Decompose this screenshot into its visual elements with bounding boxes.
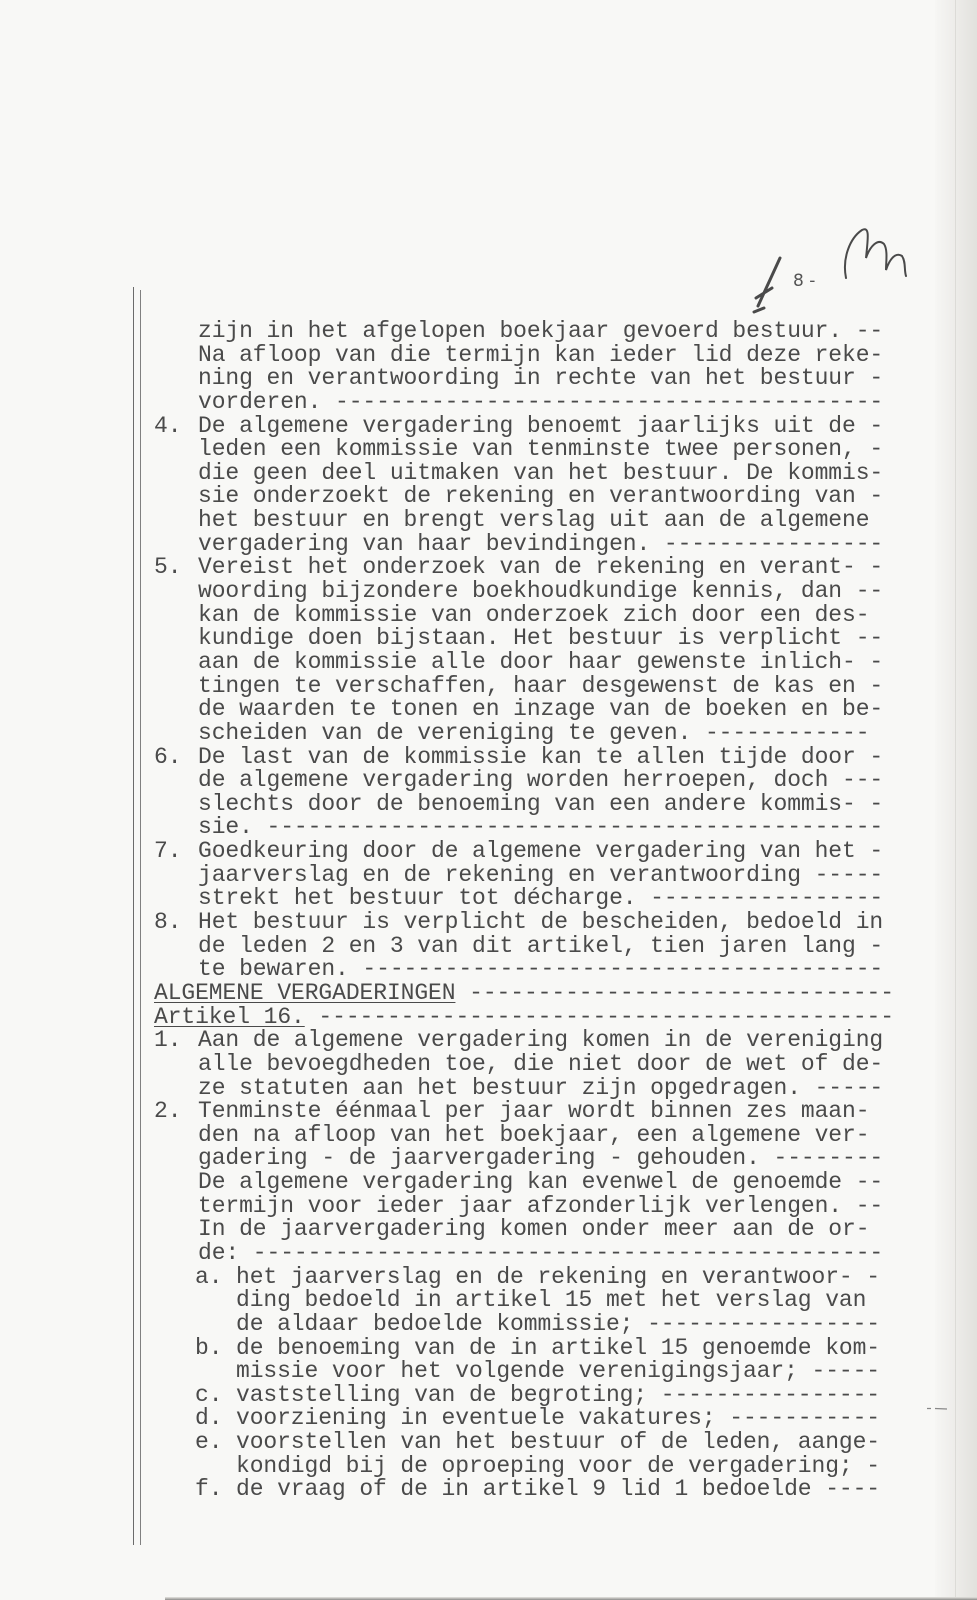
line-text: vergadering van haar bevindingen. ------… (198, 533, 883, 557)
item-number: 5. (154, 556, 181, 580)
line-text: ze statuten aan het bestuur zijn opgedra… (198, 1077, 883, 1101)
text-line: ze statuten aan het bestuur zijn opgedra… (0, 1077, 977, 1101)
line-text: gadering - de jaarvergadering - gehouden… (198, 1147, 883, 1171)
text-line: den na afloop van het boekjaar, een alge… (0, 1124, 977, 1148)
line-text: den na afloop van het boekjaar, een alge… (198, 1124, 869, 1148)
line-text: Goedkeuring door de algemene vergadering… (198, 840, 883, 864)
dash-fill: ----------------------------------------… (305, 1004, 894, 1030)
item-number: b. (195, 1337, 222, 1361)
item-number: 8. (154, 911, 181, 935)
line-text: vaststelling van de begroting; ---------… (236, 1384, 880, 1408)
agenda-item-line: b.de benoeming van de in artikel 15 geno… (0, 1337, 977, 1361)
line-text: sie onderzoekt de rekening en verantwoor… (198, 485, 883, 509)
line-text: voorziening in eventuele vakatures; ----… (236, 1407, 880, 1431)
item-number: f. (195, 1478, 222, 1502)
text-line: 1.Aan de algemene vergadering komen in d… (0, 1029, 977, 1053)
text-line: 5.Vereist het onderzoek van de rekening … (0, 556, 977, 580)
line-text: De last van de kommissie kan te allen ti… (198, 746, 883, 770)
line-text: leden een kommissie van tenminste twee p… (198, 438, 883, 462)
text-line: sie onderzoekt de rekening en verantwoor… (0, 485, 977, 509)
text-line: vergadering van haar bevindingen. ------… (0, 533, 977, 557)
article-heading-title: Artikel 16. (154, 1004, 305, 1030)
line-text: voorstellen van het bestuur of de leden,… (236, 1431, 880, 1455)
line-text: het bestuur en brengt verslag uit aan de… (198, 509, 869, 533)
section-heading: ALGEMENE VERGADERINGEN -----------------… (0, 982, 977, 1006)
line-text: scheiden van de vereniging te geven. ---… (198, 722, 869, 746)
text-line: het bestuur en brengt verslag uit aan de… (0, 509, 977, 533)
text-line: de: ------------------------------------… (0, 1242, 977, 1266)
item-number: 6. (154, 746, 181, 770)
text-line: De algemene vergadering kan evenwel de g… (0, 1171, 977, 1195)
agenda-item-line: kondigd bij de oproeping voor de vergade… (0, 1455, 977, 1479)
dash-fill: ------------------------------- (455, 980, 893, 1006)
line-text: de algemene vergadering worden herroepen… (198, 769, 883, 793)
line-text: ding bedoeld in artikel 15 met het versl… (236, 1289, 866, 1313)
line-text: termijn voor ieder jaar afzonderlijk ver… (198, 1195, 883, 1219)
text-line: vorderen. ------------------------------… (0, 391, 977, 415)
line-text: slechts door de benoeming van een andere… (198, 793, 883, 817)
item-number: d. (195, 1407, 222, 1431)
line-text: te bewaren. ----------------------------… (198, 958, 883, 982)
line-text: Tenminste éénmaal per jaar wordt binnen … (198, 1100, 869, 1124)
agenda-item-line: c.vaststelling van de begroting; -------… (0, 1384, 977, 1408)
text-line: scheiden van de vereniging te geven. ---… (0, 722, 977, 746)
agenda-item-line: e.voorstellen van het bestuur of de lede… (0, 1431, 977, 1455)
line-text: Vereist het onderzoek van de rekening en… (198, 556, 883, 580)
agenda-item-line: missie voor het volgende verenigingsjaar… (0, 1360, 977, 1384)
agenda-item-line: a.het jaarverslag en de rekening en vera… (0, 1266, 977, 1290)
line-text: De algemene vergadering kan evenwel de g… (198, 1171, 883, 1195)
text-line: alle bevoegdheden toe, die niet door de … (0, 1053, 977, 1077)
line-text: ning en verantwoording in rechte van het… (198, 367, 883, 391)
line-text: de leden 2 en 3 van dit artikel, tien ja… (198, 935, 883, 959)
text-line: ning en verantwoording in rechte van het… (0, 367, 977, 391)
text-line: aan de kommissie alle door haar gewenste… (0, 651, 977, 675)
line-text: de aldaar bedoelde kommissie; ----------… (236, 1313, 880, 1337)
line-text: jaarverslag en de rekening en verantwoor… (198, 864, 883, 888)
text-line: kan de kommissie van onderzoek zich door… (0, 604, 977, 628)
item-number: e. (195, 1431, 222, 1455)
text-line: slechts door de benoeming van een andere… (0, 793, 977, 817)
line-text: missie voor het volgende verenigingsjaar… (236, 1360, 880, 1384)
line-text: In de jaarvergadering komen onder meer a… (198, 1218, 869, 1242)
line-text: zijn in het afgelopen boekjaar gevoerd b… (198, 320, 883, 344)
line-text: kan de kommissie van onderzoek zich door… (198, 604, 869, 628)
handwritten-initials-icon (750, 208, 910, 318)
line-text: tingen te verschaffen, haar desgewenst d… (198, 675, 883, 699)
agenda-item-line: f.de vraag of de in artikel 9 lid 1 bedo… (0, 1478, 977, 1502)
text-line: zijn in het afgelopen boekjaar gevoerd b… (0, 320, 977, 344)
line-text: Na afloop van die termijn kan ieder lid … (198, 344, 883, 368)
text-line: die geen deel uitmaken van het bestuur. … (0, 462, 977, 486)
text-line: strekt het bestuur tot décharge. -------… (0, 887, 977, 911)
line-text: aan de kommissie alle door haar gewenste… (198, 651, 883, 675)
line-text: kondigd bij de oproeping voor de vergade… (236, 1455, 880, 1479)
text-line: de waarden te tonen en inzage van de boe… (0, 698, 977, 722)
page-number: 8 - (793, 271, 815, 291)
agenda-item-line: d.voorziening in eventuele vakatures; --… (0, 1407, 977, 1431)
line-text: vorderen. ------------------------------… (198, 391, 883, 415)
line-text: De algemene vergadering benoemt jaarlijk… (198, 415, 883, 439)
item-number: 4. (154, 415, 181, 439)
line-text: die geen deel uitmaken van het bestuur. … (198, 462, 883, 486)
text-line: 2.Tenminste éénmaal per jaar wordt binne… (0, 1100, 977, 1124)
document-body: zijn in het afgelopen boekjaar gevoerd b… (0, 320, 977, 1502)
text-line: tingen te verschaffen, haar desgewenst d… (0, 675, 977, 699)
text-line: de leden 2 en 3 van dit artikel, tien ja… (0, 935, 977, 959)
line-text: kundige doen bijstaan. Het bestuur is ve… (198, 627, 883, 651)
text-line: de algemene vergadering worden herroepen… (0, 769, 977, 793)
text-line: 4.De algemene vergadering benoemt jaarli… (0, 415, 977, 439)
text-line: sie. -----------------------------------… (0, 816, 977, 840)
text-line: kundige doen bijstaan. Het bestuur is ve… (0, 627, 977, 651)
line-text: strekt het bestuur tot décharge. -------… (198, 887, 883, 911)
line-text: alle bevoegdheden toe, die niet door de … (198, 1053, 883, 1077)
item-number: 2. (154, 1100, 181, 1124)
item-number: 7. (154, 840, 181, 864)
agenda-item-line: de aldaar bedoelde kommissie; ----------… (0, 1313, 977, 1337)
article-heading: Artikel 16. ----------------------------… (0, 1006, 977, 1030)
line-text: de vraag of de in artikel 9 lid 1 bedoel… (236, 1478, 880, 1502)
item-number: c. (195, 1384, 222, 1408)
text-line: jaarverslag en de rekening en verantwoor… (0, 864, 977, 888)
agenda-item-line: ding bedoeld in artikel 15 met het versl… (0, 1289, 977, 1313)
item-number: 1. (154, 1029, 181, 1053)
text-line: woording bijzondere boekhoudkundige kenn… (0, 580, 977, 604)
line-text: de: ------------------------------------… (198, 1242, 883, 1266)
item-number: a. (195, 1266, 222, 1290)
scan-artifact (927, 1407, 947, 1410)
line-text: woording bijzondere boekhoudkundige kenn… (198, 580, 883, 604)
text-line: 7.Goedkeuring door de algemene vergaderi… (0, 840, 977, 864)
text-line: 8.Het bestuur is verplicht de bescheiden… (0, 911, 977, 935)
text-line: Na afloop van die termijn kan ieder lid … (0, 344, 977, 368)
text-line: gadering - de jaarvergadering - gehouden… (0, 1147, 977, 1171)
section-heading-title: ALGEMENE VERGADERINGEN (154, 980, 455, 1006)
text-line: In de jaarvergadering komen onder meer a… (0, 1218, 977, 1242)
text-line: 6.De last van de kommissie kan te allen … (0, 746, 977, 770)
line-text: de benoeming van de in artikel 15 genoem… (236, 1337, 880, 1361)
text-line: leden een kommissie van tenminste twee p… (0, 438, 977, 462)
text-line: termijn voor ieder jaar afzonderlijk ver… (0, 1195, 977, 1219)
document-page: 8 - zijn in het afgelopen boekjaar gevoe… (0, 0, 977, 1600)
line-text: Aan de algemene vergadering komen in de … (198, 1029, 883, 1053)
line-text: het jaarverslag en de rekening en verant… (236, 1266, 880, 1290)
line-text: de waarden te tonen en inzage van de boe… (198, 698, 883, 722)
text-line: te bewaren. ----------------------------… (0, 958, 977, 982)
line-text: sie. -----------------------------------… (198, 816, 883, 840)
line-text: Het bestuur is verplicht de bescheiden, … (198, 911, 883, 935)
